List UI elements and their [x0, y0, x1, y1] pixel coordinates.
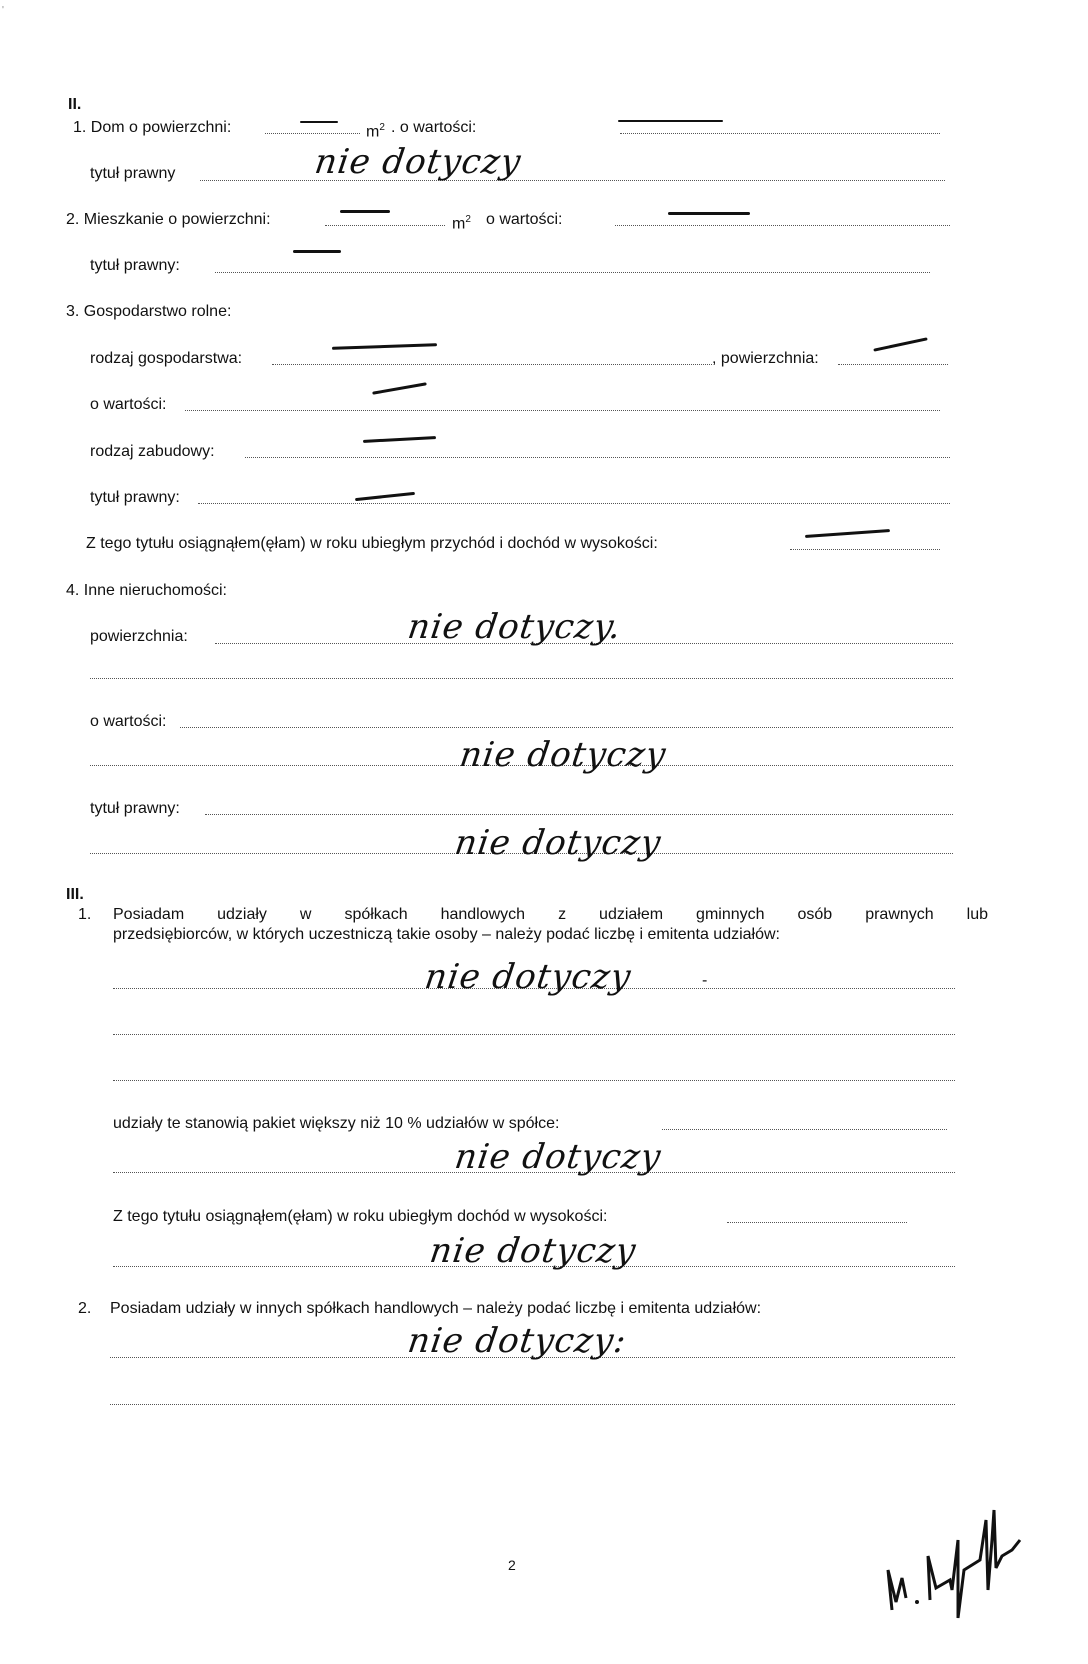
- farm-area-field[interactable]: [838, 364, 948, 365]
- farm-area-dash: [873, 337, 927, 351]
- shares-municipal-field-line3[interactable]: [113, 1080, 955, 1081]
- farm-type-field[interactable]: [272, 364, 712, 365]
- farm-income-label: Z tego tytułu osiągnąłem(ęłam) w roku ub…: [86, 535, 658, 553]
- farm-title-dash: [355, 492, 415, 501]
- other-title-label: tytuł prawny:: [90, 800, 180, 818]
- other-value-handwritten: nie dotyczy: [458, 738, 669, 772]
- house-title-label: tytuł prawny: [90, 165, 175, 183]
- other-value-field[interactable]: [180, 727, 953, 728]
- farm-building-field[interactable]: [245, 457, 950, 458]
- shares-municipal-suffix: -: [702, 972, 707, 990]
- other-area-field-line2[interactable]: [90, 678, 953, 679]
- shares-other-field-line2[interactable]: [110, 1404, 955, 1405]
- shares-packet-field[interactable]: [662, 1129, 947, 1130]
- flat-area-field[interactable]: [325, 225, 445, 226]
- shares-municipal-number: 1.: [78, 906, 91, 924]
- shares-municipal-handwritten: nie dotyczy: [423, 960, 634, 994]
- shares-packet-handwritten: nie dotyczy: [453, 1140, 664, 1174]
- signature: [870, 1490, 1030, 1630]
- other-title-handwritten: nie dotyczy: [453, 826, 664, 860]
- scan-speck: ': [2, 2, 4, 20]
- flat-area-label: 2. Mieszkanie o powierzchni:: [66, 211, 271, 229]
- flat-value-dash: [668, 212, 750, 215]
- other-property-label: 4. Inne nieruchomości:: [66, 582, 227, 600]
- shares-municipal-field-line2[interactable]: [113, 1034, 955, 1035]
- flat-area-unit: m2: [452, 211, 471, 233]
- farm-title-label: tytuł prawny:: [90, 489, 180, 507]
- flat-title-label: tytuł prawny:: [90, 257, 180, 275]
- shares-income-handwritten: nie dotyczy: [428, 1234, 639, 1268]
- shares-municipal-text-line1: Posiadam udziały w spółkach handlowych z…: [113, 906, 988, 924]
- house-area-label: 1. Dom o powierzchni:: [73, 119, 231, 137]
- house-title-handwritten: nie dotyczy: [313, 145, 524, 179]
- house-value-dash: [618, 120, 723, 122]
- shares-income-field[interactable]: [727, 1222, 907, 1223]
- shares-other-number: 2.: [78, 1300, 91, 1318]
- flat-value-field[interactable]: [615, 225, 950, 226]
- farm-title-field[interactable]: [198, 503, 950, 504]
- farm-income-field[interactable]: [790, 549, 940, 550]
- farm-type-dash: [332, 343, 437, 350]
- flat-area-dash: [340, 210, 390, 213]
- flat-value-label: o wartości:: [486, 211, 562, 229]
- farm-value-field[interactable]: [185, 410, 940, 411]
- farm-type-label: rodzaj gospodarstwa:: [90, 350, 242, 368]
- other-area-handwritten: nie dotyczy.: [406, 610, 624, 644]
- shares-other-text: Posiadam udziały w innych spółkach handl…: [110, 1300, 761, 1318]
- section-heading-iii: III.: [66, 886, 84, 904]
- shares-other-handwritten: nie dotyczy:: [406, 1324, 629, 1358]
- house-area-unit: m2: [366, 119, 385, 141]
- shares-municipal-text-line2: przedsiębiorców, w których uczestniczą t…: [113, 926, 780, 944]
- other-area-label: powierzchnia:: [90, 628, 188, 646]
- farm-income-dash: [805, 529, 890, 538]
- shares-income-label: Z tego tytułu osiągnąłem(ęłam) w roku ub…: [113, 1208, 607, 1226]
- farm-label: 3. Gospodarstwo rolne:: [66, 303, 231, 321]
- farm-building-label: rodzaj zabudowy:: [90, 443, 215, 461]
- flat-title-dash: [293, 250, 341, 253]
- flat-title-field[interactable]: [215, 272, 930, 273]
- shares-packet-label: udziały te stanowią pakiet większy niż 1…: [113, 1115, 559, 1133]
- farm-value-label: o wartości:: [90, 396, 166, 414]
- section-heading-ii: II.: [68, 96, 81, 114]
- house-value-label: . o wartości:: [391, 119, 476, 137]
- farm-building-dash: [363, 436, 436, 443]
- page-number: 2: [508, 1556, 516, 1574]
- house-area-field[interactable]: [265, 133, 360, 134]
- farm-area-label: , powierzchnia:: [712, 350, 819, 368]
- house-area-dash: [300, 121, 338, 123]
- other-title-field[interactable]: [205, 814, 953, 815]
- farm-value-dash: [372, 382, 427, 395]
- other-value-label: o wartości:: [90, 713, 166, 731]
- house-value-field[interactable]: [620, 133, 940, 134]
